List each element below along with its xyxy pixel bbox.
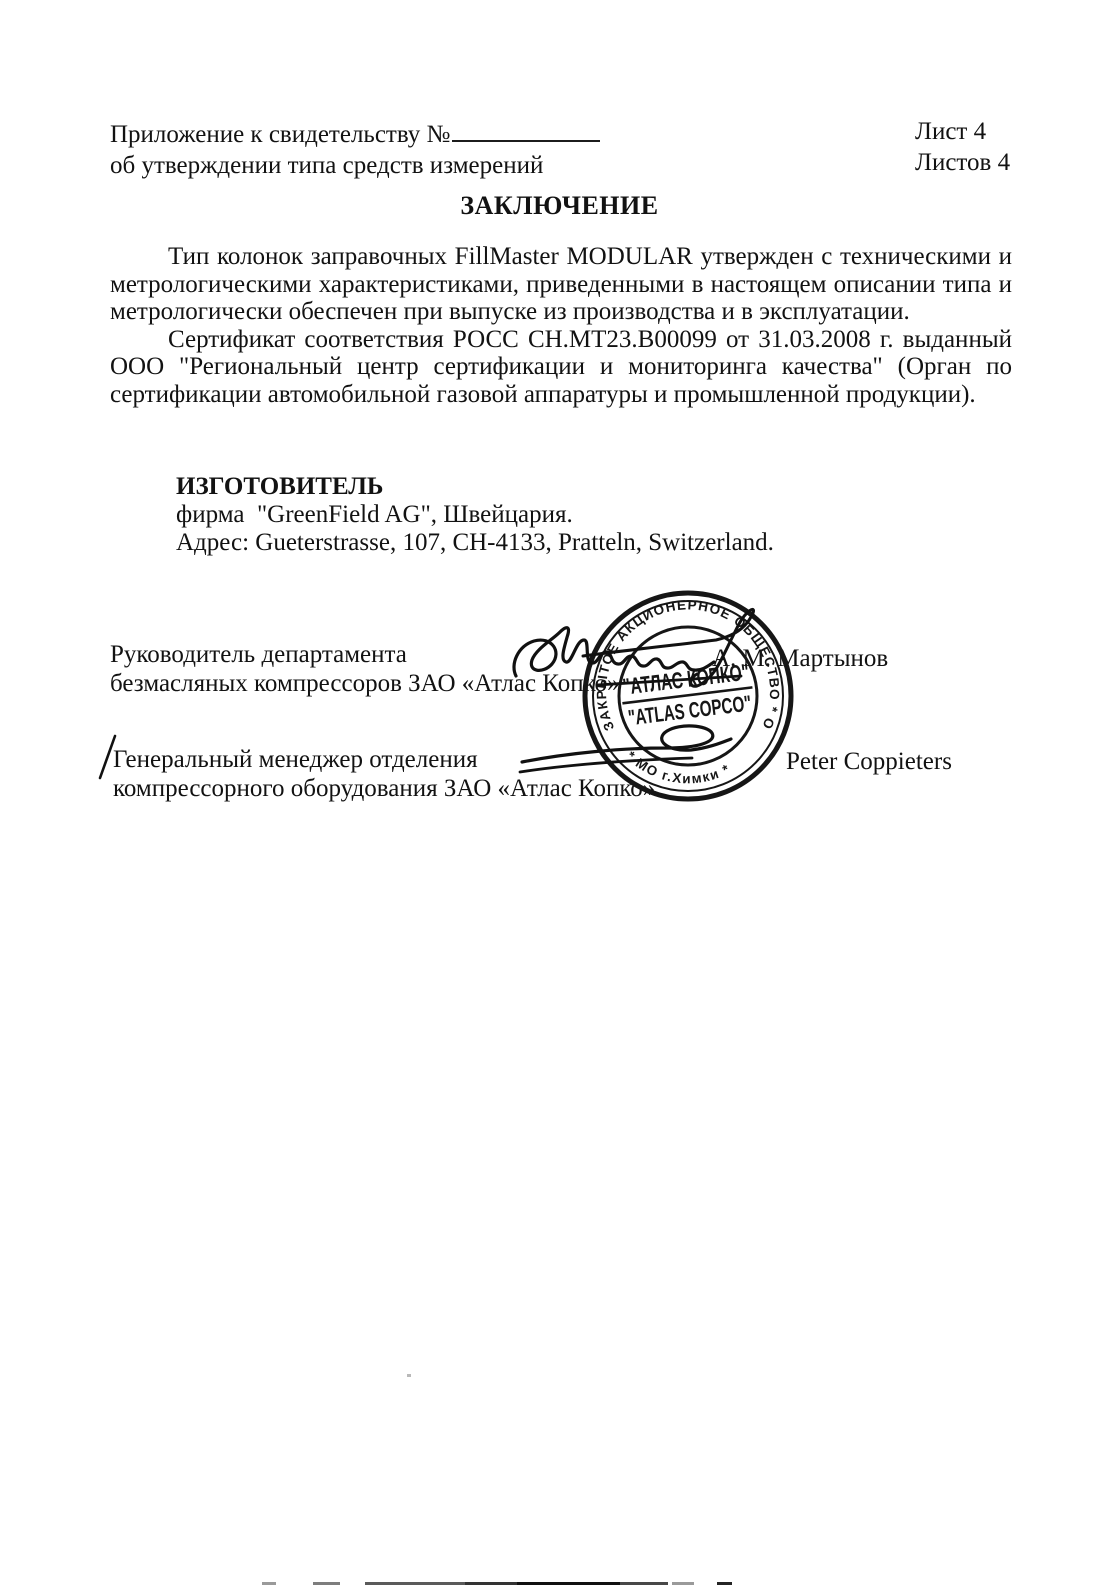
svg-text:* МО г.Химки *: * МО г.Химки * [624, 748, 733, 786]
scan-artifact-segment [365, 1582, 465, 1585]
signatory-2-role-line2: компрессорного оборудования ЗАО «Атлас К… [113, 774, 655, 803]
sheet-number: Лист 4 [915, 116, 1010, 147]
certificate-number-blank [452, 116, 600, 142]
signatory-2-name: Peter Coppieters [786, 748, 952, 776]
scan-artifact-segment [262, 1582, 276, 1585]
scanned-certificate-page: { "doc": { "header_left": { "line1_prefi… [0, 0, 1119, 1587]
signatory-2-role-line1: Генеральный менеджер отделения [113, 745, 655, 774]
paragraph-certificate: Сертификат соответствия РОСС CH.MT23.B00… [110, 326, 1012, 409]
paragraph-conclusion: Тип колонок заправочных FillMaster MODUL… [110, 243, 1012, 326]
signatory-1-role-line2: безмасляных компрессоров ЗАО «Атлас Копк… [110, 669, 619, 698]
appendix-label: Приложение к свидетельству № [110, 121, 450, 148]
manufacturer-block: ИЗГОТОВИТЕЛЬ фирма "GreenField AG", Швей… [176, 473, 774, 557]
signatory-1-role-line1: Руководитель департамента [110, 640, 619, 669]
scan-artifact-segment [517, 1582, 620, 1585]
scan-artifact-segment [672, 1582, 694, 1585]
company-stamp: ЗАКРЫТОЕ АКЦИОНЕРНОЕ ОБЩЕСТВО * ОГРН 102… [576, 584, 800, 808]
header-right: Лист 4 Листов 4 [915, 116, 1010, 178]
scan-artifact-segment [313, 1582, 340, 1585]
stamp-bottom-text: * МО г.Химки * [624, 748, 733, 786]
header-line-1: Приложение к свидетельству № [110, 116, 600, 150]
signatory-2-role: Генеральный менеджер отделения компрессо… [113, 745, 655, 803]
scan-artifact-line [0, 1581, 1119, 1587]
scan-speck [407, 1374, 411, 1377]
manufacturer-address: Адрес: Gueterstrasse, 107, CH-4133, Prat… [176, 529, 774, 557]
page-title: ЗАКЛЮЧЕНИЕ [0, 191, 1119, 221]
body-text: Тип колонок заправочных FillMaster MODUL… [110, 243, 1012, 408]
header-line-2: об утверждении типа средств измерений [110, 150, 600, 181]
sheets-total: Листов 4 [915, 147, 1010, 178]
stamp-seal-icon: ЗАКРЫТОЕ АКЦИОНЕРНОЕ ОБЩЕСТВО * ОГРН 102… [576, 584, 800, 808]
scan-artifact-segment [465, 1582, 517, 1585]
scan-artifact-segment [717, 1582, 732, 1585]
scan-artifact-segment [620, 1582, 668, 1585]
signatory-1-role: Руководитель департамента безмасляных ко… [110, 640, 619, 698]
header-left: Приложение к свидетельству № об утвержде… [110, 116, 600, 181]
manufacturer-heading: ИЗГОТОВИТЕЛЬ [176, 473, 774, 501]
manufacturer-company: фирма "GreenField AG", Швейцария. [176, 501, 774, 529]
